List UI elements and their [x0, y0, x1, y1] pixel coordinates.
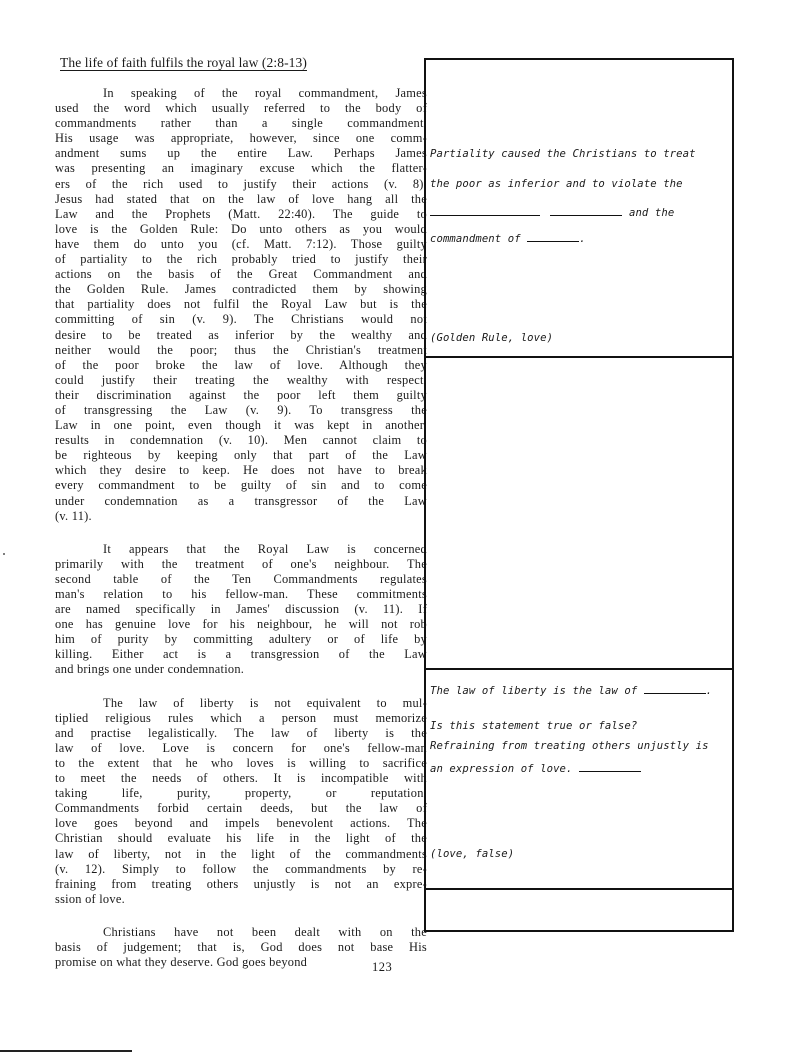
text-line: which they desire to keep. He does not h… — [55, 463, 427, 478]
text-line: love goes beyond and impels benevolent a… — [55, 816, 427, 831]
answer-blank[interactable] — [644, 682, 706, 694]
text-line: andment sums up the entire Law. Perhaps … — [55, 146, 427, 161]
text-line: fraining from treating others unjustly i… — [55, 877, 427, 892]
text-line: (v. 11). — [55, 509, 427, 524]
text-line: committing of sin (v. 9). The Christians… — [55, 312, 427, 327]
text-line: their discrimination against the poor le… — [55, 388, 427, 403]
text-line: neither would the poor; thus the Christi… — [55, 343, 427, 358]
answer-blank[interactable] — [527, 230, 579, 242]
study-frame-partiality: Partiality caused the Christians to trea… — [426, 60, 732, 356]
text-line: have them do unto you (cf. Matt. 7:12). … — [55, 237, 427, 252]
frame-prompt-fragment: . — [706, 685, 712, 697]
text-line: to the extent that he who loves is willi… — [55, 756, 427, 771]
text-line: taking life, purity, property, or reputa… — [55, 786, 427, 801]
study-frame-empty — [426, 888, 732, 932]
text-line: It appears that the Royal Law is concern… — [55, 542, 427, 557]
section-heading: The life of faith fulfils the royal law … — [60, 55, 307, 71]
text-line: of partiality to the rich probably tried… — [55, 252, 427, 267]
paragraph-law-of-liberty: The law of liberty is not equivalent to … — [55, 696, 427, 907]
text-line: Jesus had stated that on the law of love… — [55, 192, 427, 207]
text-line: under condemnation as a transgressor of … — [55, 494, 427, 509]
text-line: the Golden Rule. James contradicted them… — [55, 282, 427, 297]
scan-speck — [3, 553, 5, 555]
text-line: law of love. Love is concern for one's f… — [55, 741, 427, 756]
text-line: of the poor broke the law of love. Altho… — [55, 358, 427, 373]
footer-rule — [0, 1050, 132, 1052]
text-line: every commandment to be guilty of sin an… — [55, 478, 427, 493]
text-line: of transgressing the Law (v. 9). To tran… — [55, 403, 427, 418]
study-frames-column: Partiality caused the Christians to trea… — [424, 58, 734, 932]
text-line: Christian should evaluate his life in th… — [55, 831, 427, 846]
text-line: killing. Either act is a transgression o… — [55, 647, 427, 662]
text-line: one has genuine love for his neighbour, … — [55, 617, 427, 632]
study-frame-law-of-liberty: The law of liberty is the law of . Is th… — [426, 668, 732, 888]
frame-prompt-line: and the — [430, 204, 674, 219]
text-line: Law in one point, even though it was kep… — [55, 418, 427, 433]
frame-answer-key: (love, false) — [430, 848, 514, 860]
frame-prompt-line: The law of liberty is the law of . — [430, 682, 712, 697]
text-line: basis of judgement; that is, God does no… — [55, 940, 427, 955]
frame-answer-key: (Golden Rule, love) — [430, 332, 553, 344]
text-line: actions on the basis of the Great Comman… — [55, 267, 427, 282]
text-line: primarily with the treatment of one's ne… — [55, 557, 427, 572]
frame-prompt-line: the poor as inferior and to violate the — [430, 178, 683, 190]
text-line: Commandments forbid certain deeds, but t… — [55, 801, 427, 816]
frame-prompt-fragment: The law of liberty is the law of — [430, 685, 637, 697]
text-line: him of purity by committing adultery or … — [55, 632, 427, 647]
frame-prompt-line: commandment of . — [430, 230, 586, 245]
text-line: ssion of love. — [55, 892, 427, 907]
frame-prompt-line: Is this statement true or false? — [430, 720, 637, 732]
text-line: be righteous by keeping only that part o… — [55, 448, 427, 463]
text-line: love is the Golden Rule: Do unto others … — [55, 222, 427, 237]
frame-prompt-line: an expression of love. — [430, 760, 641, 775]
frame-prompt-fragment: . — [579, 233, 585, 245]
text-line: used the word which usually referred to … — [55, 101, 427, 116]
text-line: Christians have not been dealt with on t… — [55, 925, 427, 940]
answer-blank[interactable] — [579, 760, 641, 772]
text-line: law of liberty, not in the light of the … — [55, 847, 427, 862]
paragraph-royal-law-neighbour: It appears that the Royal Law is concern… — [55, 542, 427, 678]
text-line: (v. 12). Simply to follow the commandmen… — [55, 862, 427, 877]
text-line: The law of liberty is not equivalent to … — [55, 696, 427, 711]
text-line: In speaking of the royal commandment, Ja… — [55, 86, 427, 101]
frame-prompt-fragment: an expression of love. — [430, 763, 573, 775]
frame-prompt-line: Refraining from treating others unjustly… — [430, 740, 709, 752]
text-line: ers of the rich used to justify their ac… — [55, 177, 427, 192]
frame-prompt-fragment: and the — [629, 207, 674, 219]
body-text-column: In speaking of the royal commandment, Ja… — [55, 86, 427, 988]
text-line: commandments rather than a single comman… — [55, 116, 427, 131]
page-number: 123 — [372, 960, 392, 975]
text-line: was presenting an imaginary excuse which… — [55, 161, 427, 176]
frame-prompt-fragment: commandment of — [430, 233, 521, 245]
text-line: results in condemnation (v. 10). Men can… — [55, 433, 427, 448]
study-frame-empty — [426, 356, 732, 668]
text-line: tiplied religious rules which a person m… — [55, 711, 427, 726]
answer-blank[interactable] — [430, 204, 540, 216]
text-line: could justify their treating the wealthy… — [55, 373, 427, 388]
text-line: to meet the needs of others. It is incom… — [55, 771, 427, 786]
text-line: His usage was appropriate, however, sinc… — [55, 131, 427, 146]
paragraph-royal-commandment: In speaking of the royal commandment, Ja… — [55, 86, 427, 524]
text-line: that partiality does not fulfil the Roya… — [55, 297, 427, 312]
text-line: Law and the Prophets (Matt. 22:40). The … — [55, 207, 427, 222]
answer-blank[interactable] — [550, 204, 622, 216]
text-line: second table of the Ten Commandments reg… — [55, 572, 427, 587]
text-line: and practise legalistically. The law of … — [55, 726, 427, 741]
text-line: and brings one under condemnation. — [55, 662, 427, 677]
text-line: desire to be treated as inferior by the … — [55, 328, 427, 343]
text-line: man's relation to his fellow-man. These … — [55, 587, 427, 602]
text-line: are named specifically in James' discuss… — [55, 602, 427, 617]
frame-prompt-line: Partiality caused the Christians to trea… — [430, 148, 696, 160]
